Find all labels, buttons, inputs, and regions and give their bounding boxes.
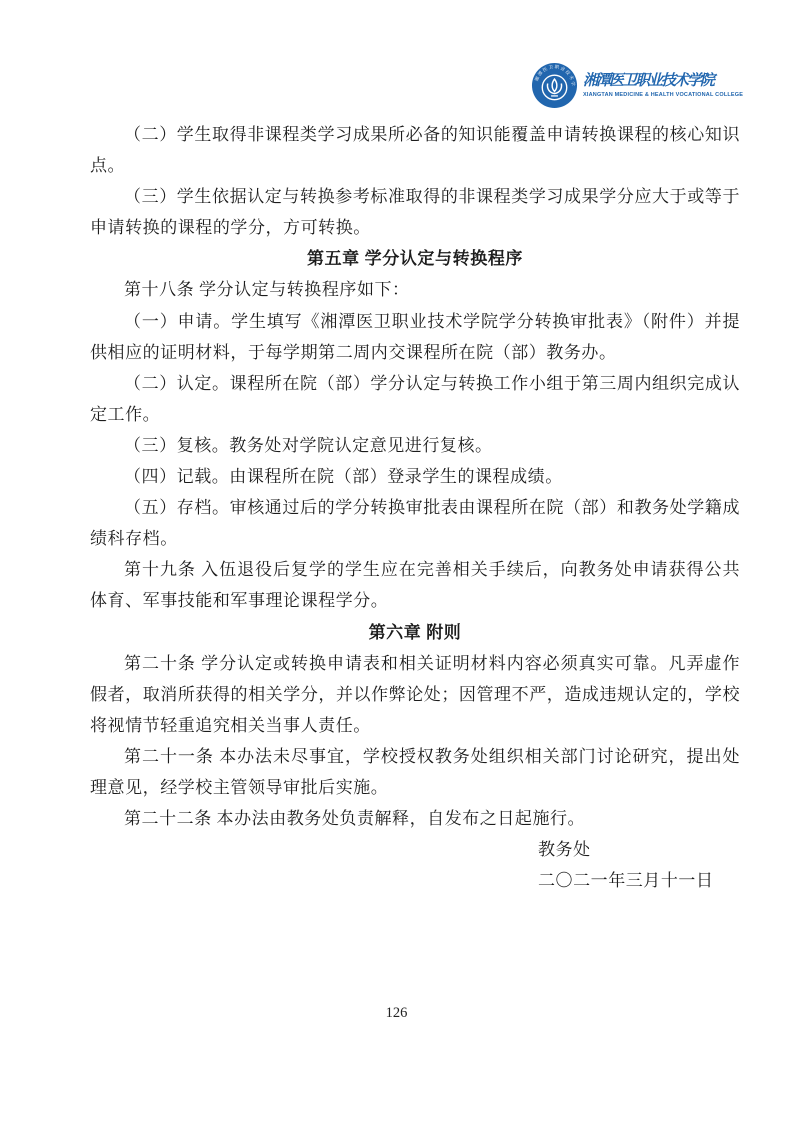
article-22-paragraph: 第二十二条 本办法由教务处负责解释，自发布之日起施行。: [90, 803, 740, 834]
article-18-paragraph: 第十八条 学分认定与转换程序如下：: [90, 274, 740, 305]
signature-department: 教务处: [538, 834, 740, 865]
article-21-paragraph: 第二十一条 本办法未尽事宜，学校授权教务处组织相关部门讨论研究，提出处理意见，经…: [90, 741, 740, 803]
signature-block: 教务处 二〇二一年三月十一日: [538, 834, 740, 896]
page-number: 126: [386, 1005, 408, 1021]
clause-paragraph: （一）申请。学生填写《湘潭医卫职业技术学院学分转换审批表》（附件）并提供相应的证…: [90, 306, 740, 368]
college-name-cn: 湘潭医卫职业技术学院: [583, 71, 743, 91]
signature-date: 二〇二一年三月十一日: [538, 865, 740, 896]
college-logo: 湘潭医卫职业技术学院 湘潭医卫职业技术学院 XIANGTAN MEDICINE …: [531, 62, 743, 109]
clause-paragraph: （四）记载。由课程所在院（部）登录学生的课程成绩。: [90, 461, 740, 492]
article-19-paragraph: 第十九条 入伍退役后复学的学生应在完善相关手续后，向教务处申请获得公共体育、军事…: [90, 554, 740, 616]
college-name-block: 湘潭医卫职业技术学院 XIANGTAN MEDICINE & HEALTH VO…: [583, 71, 743, 99]
clause-paragraph: （三）学生依据认定与转换参考标准取得的非课程类学习成果学分应大于或等于申请转换的…: [90, 181, 740, 243]
page-footer: 126: [0, 1003, 793, 1023]
college-name-en: XIANGTAN MEDICINE & HEALTH VOCATIONAL CO…: [583, 91, 743, 99]
clause-paragraph: （二）认定。课程所在院（部）学分认定与转换工作小组于第三周内组织完成认定工作。: [90, 368, 740, 430]
document-body: （二）学生取得非课程类学习成果所必备的知识能覆盖申请转换课程的核心知识点。 （三…: [90, 119, 740, 896]
article-20-paragraph: 第二十条 学分认定或转换申请表和相关证明材料内容必须真实可靠。凡弄虚作假者，取消…: [90, 648, 740, 741]
chapter-six-heading: 第六章 附则: [90, 617, 740, 648]
clause-paragraph: （三）复核。教务处对学院认定意见进行复核。: [90, 430, 740, 461]
clause-paragraph: （五）存档。审核通过后的学分转换审批表由课程所在院（部）和教务处学籍成绩科存档。: [90, 492, 740, 554]
clause-paragraph: （二）学生取得非课程类学习成果所必备的知识能覆盖申请转换课程的核心知识点。: [90, 119, 740, 181]
college-seal-icon: 湘潭医卫职业技术学院: [531, 62, 578, 109]
document-page: 湘潭医卫职业技术学院 湘潭医卫职业技术学院 XIANGTAN MEDICINE …: [0, 0, 793, 1122]
chapter-five-heading: 第五章 学分认定与转换程序: [90, 243, 740, 274]
